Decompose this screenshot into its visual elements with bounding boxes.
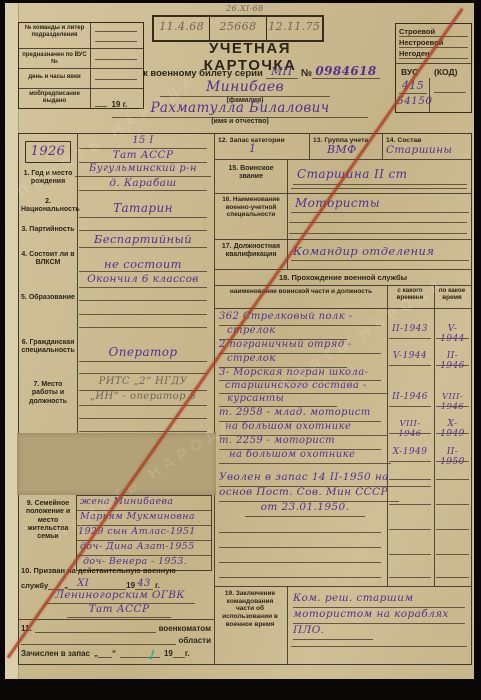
item10-drafted-region: Тат АССР [67, 603, 171, 618]
ruled-line [289, 233, 467, 234]
item1-line3: Бугульминский р-н [75, 163, 211, 177]
discharge-note-line2: основ Пост. Сов. Мин СССР [219, 486, 399, 502]
item3-label: 3. Партийность [21, 226, 75, 234]
left-panel: 1926 1. Год и место рождения 15 I Тат АС… [19, 134, 214, 664]
ruled-line [95, 59, 137, 60]
ruled-line [389, 577, 431, 578]
service-row5-to: II-1950 [436, 447, 469, 462]
item11-row3: Зачислен в запас „ “ 19 г. [21, 647, 211, 658]
ruled-line [95, 31, 137, 32]
ruled-line [219, 562, 381, 563]
service-row3-to: VIII-1946 [436, 392, 469, 407]
ruled-line [95, 79, 137, 80]
service-row1-from: II-1943 [389, 324, 431, 339]
item11-year-suffix: г. [185, 649, 190, 658]
item11-row2: области [21, 634, 211, 645]
item17-label: 17. Должностная квалификация [217, 243, 285, 260]
item2-value: Татарин [79, 201, 207, 218]
item11-year-print: 19 [164, 649, 173, 658]
item12-value: 1 [249, 142, 256, 155]
ruled-line [219, 532, 381, 533]
item16-label: 16. Наименование военно-учетной специаль… [217, 196, 285, 219]
ruled-line [95, 41, 137, 42]
item1-line4: д. Карабаш [79, 177, 207, 191]
fitness-category-box: Строевой Нестроевой Негоден ВУС (КОД) 41… [395, 23, 472, 113]
item15-value: Старшина II ст [293, 167, 467, 185]
corner-row3-label: день и часы явки [20, 74, 89, 81]
right-panel: 12. Запас категории 1 13. Группа учета В… [214, 134, 471, 664]
service-row2-to: II-1946 [436, 351, 469, 366]
ruled-line [79, 327, 207, 328]
item14-value: Старшины [386, 144, 471, 156]
service-row4-to: X-1949 [436, 419, 469, 434]
item7-label: 7. Место работы и должность [21, 381, 75, 406]
ruled-line [389, 529, 431, 530]
ticket-number-handwritten: 0984618 [312, 64, 380, 79]
date-stamp-cell: 12.11.75 [267, 17, 322, 40]
item11-enlisted-label: Зачислен в запас [21, 649, 90, 658]
kod-label: (КОД) [434, 67, 457, 77]
item5-label: 5. Образование [21, 294, 75, 302]
item14-label: 14. Состав [386, 137, 446, 144]
item13-value: ВМФ [327, 143, 357, 156]
series-handwritten: МП [266, 65, 298, 79]
ruled-line [389, 554, 431, 555]
item6-value: Оператор [79, 345, 207, 362]
card-main-table: 1926 1. Год и место рождения 15 I Тат АС… [18, 133, 472, 665]
corner-row4-label: мобпредписание выдано [20, 91, 89, 105]
service-row4-position: на большом охотнике [219, 421, 387, 436]
ruled-line [436, 504, 469, 505]
ruled-line [389, 504, 431, 505]
item11-oblast-label: области [179, 636, 211, 645]
service-row5-unit: т. 2259 - моторист [219, 435, 381, 450]
service-row5-position: на большом охотнике [219, 449, 391, 464]
ruled-line [436, 529, 469, 530]
ruled-line [219, 547, 381, 548]
item2-label: 2. Национальность [21, 198, 75, 215]
service-row4-from: VIII-1946 [389, 419, 431, 434]
number-sign: № [301, 68, 312, 79]
service-row1-to: V-1944 [436, 324, 469, 339]
paper-fold-edge [5, 3, 19, 679]
service-row5-from: X-1949 [389, 447, 431, 462]
section18-unit-column-header: наименование воинской части и должность [219, 288, 383, 296]
item11-voenkomat-label: военкоматом [159, 624, 211, 633]
pencil-date-note: 26.XI-68 [226, 4, 264, 13]
item19-line1: Ком. реш. старшим [293, 592, 465, 608]
ruled-line [79, 314, 207, 315]
item4-value: не состоит [79, 257, 207, 272]
ruled-line [289, 222, 467, 223]
corner-row1-label: № команды и литер подразделения [20, 25, 89, 39]
item4-label: 4. Состоит ли в ВЛКСМ [21, 251, 75, 268]
ruled-line [79, 418, 207, 419]
date-stamp-cell: 11.4.68 [154, 17, 210, 40]
item7-line1: РИТС „2“ НГДУ [79, 376, 207, 391]
ruled-line [79, 300, 207, 301]
item15-label: 15. Воинское звание [217, 165, 285, 182]
item10-label-line1: 10. Призван на действительную военную [21, 566, 213, 575]
date-stamp-cell: 25668 [210, 17, 266, 40]
item10-drafted-by: Лениногорским ОГВК [45, 589, 195, 604]
ruled-line [79, 230, 207, 231]
mobilization-corner-box: № команды и литер подразделения предназн… [18, 22, 144, 109]
item19-label: 19. Заключение командования части об исп… [217, 590, 283, 628]
ruled-line [219, 577, 381, 578]
military-registration-card-scan: { "colors":{"ink_purple":"#50328f","penc… [0, 0, 481, 700]
ruled-line [291, 646, 467, 647]
military-ticket-serial-row: к военному билету серии МП № 0984618 [143, 64, 391, 79]
item6-label: 6. Гражданская специальность [21, 339, 75, 356]
ruled-line [79, 431, 207, 432]
service-row3-from: II-1946 [389, 392, 431, 407]
corner-row2-label: предназначен по ВУС № [20, 52, 89, 66]
quote-mark: “ [112, 649, 116, 658]
date-stamp-box: 11.4.68 25668 12.11.75 [152, 15, 324, 42]
service-row4-unit: т. 2958 - млад. моторист [219, 407, 381, 422]
item11-row1: 11. военкоматом [21, 622, 211, 633]
ruled-line [291, 188, 467, 189]
item19-line2: мотористом на кораблях [293, 608, 465, 624]
item19-line3: ПЛО. [293, 624, 373, 640]
ruled-line [436, 479, 469, 480]
family-line4: доч- Дина Азат-1955 [77, 541, 211, 556]
item17-value: Командир отделения [291, 244, 469, 261]
ruled-line [434, 92, 466, 93]
name-caption: (имя и отчество) [150, 118, 330, 126]
ruled-line [436, 577, 469, 578]
ruled-line [389, 479, 431, 480]
ruled-line [79, 373, 207, 374]
serial-prefix-label: к военному билету серии [143, 68, 263, 79]
ruled-line [436, 554, 469, 555]
item12-label: 12. Запас категории [218, 137, 308, 144]
discharge-note-line3: от 23.01.1950. [245, 501, 365, 517]
fitness-option-stroevoy: Строевой [399, 27, 468, 37]
item3-value: Беспартийный [79, 232, 207, 248]
service-row2-from: V-1944 [389, 351, 431, 366]
item5-value: Окончил 6 классов [79, 273, 207, 288]
